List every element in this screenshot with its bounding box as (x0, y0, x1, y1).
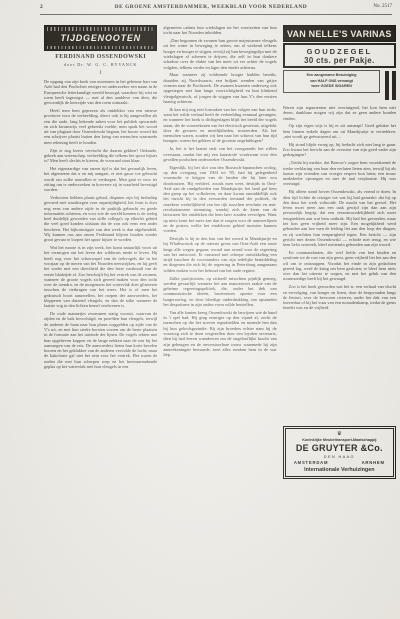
de-gruyter-ad: ♛ Koninklijke Meubeltransport-Maatschapp… (283, 426, 396, 479)
paragraph: Hij stond blijde vroeg op, hij bedacht z… (283, 142, 396, 158)
paragraph: Hij alleen stond boven Ossendowski, als … (283, 189, 396, 247)
column-1: TIJDGENOOTEN FERDINAND OSSENDOWSKI door … (44, 25, 157, 507)
paragraph: Destijds is hij in den ban van het woord… (163, 236, 276, 273)
paragraph: „Dan begonnen de zwanen hun groote majes… (163, 38, 276, 70)
paragraph: Eigenlijk, bij het slot van den Russisch… (163, 165, 276, 234)
city-amsterdam: AMSTERDAM (294, 460, 328, 465)
paragraph: Maar wanneer zij voldoende hoogte hadden… (163, 72, 276, 104)
article-byline: door Dr. W. G. C. BYVANCK (44, 62, 157, 67)
paragraph: Wat het mooie is in zijn werk, het komt … (44, 245, 157, 308)
series-banner: TIJDGENOOTEN (44, 25, 157, 51)
city-row: AMSTERDAM ARNHEM (287, 460, 392, 465)
paragraph: Het eigenaardige van onzen tijd is dat h… (44, 166, 157, 192)
paragraph: afgemeten cadans hun wiekslagen tot het … (163, 25, 276, 36)
company-type: Koninklijke Meubeltransport-Maatschappij (287, 438, 392, 442)
tobacco-packet-bars-icon (385, 70, 396, 100)
services-line: Internationale Verhuizingen (287, 467, 392, 473)
paragraph: Heeft men hem geprezen als ontdekker van… (44, 108, 157, 145)
column-3: VAN NELLE'S VARINAS GOUDZEGEL 30 cts. pe… (283, 25, 396, 507)
paragraph: Waren zijn argumenten niet overtuigend, … (283, 105, 396, 121)
column-2: afgemeten cadans hun wiekslagen tot het … (163, 25, 276, 507)
van-nelle-banner: VAN NELLE'S VARINAS (283, 25, 396, 42)
ad-smallprint: Een aangename Bezuinigingvan HALF ONS ve… (283, 70, 381, 93)
de-gruyter-inner: ♛ Koninklijke Meubeltransport-Maatschapp… (285, 428, 394, 477)
paragraph: Verhooren hebben plaats gehad, disputen … (44, 195, 157, 243)
paragraph: Ja, het is het laatste stuk van het voor… (163, 146, 276, 162)
van-nelle-product-box: GOUDZEGEL 30 cts. per Pakje. (283, 43, 396, 68)
issue-number: No. 2517 (352, 4, 392, 9)
column-3-body: Waren zijn argumenten niet overtuigend, … (283, 105, 396, 423)
series-banner-label: TIJDGENOOTEN (60, 33, 141, 43)
paragraph: Zulke partijtwisten, op zichzelf misschi… (163, 276, 276, 308)
section-numeral: I (44, 71, 157, 76)
running-head: 2 DE GROENE AMSTERDAMMER, WEEKBLAD VOOR … (40, 4, 392, 14)
paragraph: Van alle kanten kreeg Ossendowski de bew… (163, 310, 276, 358)
smallprint-line: twee GOEDE SIGAREN (286, 84, 377, 90)
city-arnhem: ARNHEM (362, 460, 385, 465)
paragraph: De opgang van zijn boek van avonturen in… (44, 79, 157, 105)
crown-icon: ♛ (287, 432, 392, 438)
paragraph: Op zijn eigen wijs is hij er uit ontsnap… (283, 123, 396, 139)
masthead-title: DE GROENE AMSTERDAMMER, WEEKBLAD VOOR NE… (70, 4, 352, 10)
paragraph: „Totdat hij merkte, dat Barrow's oogen h… (283, 160, 396, 186)
company-name: DE GRUYTER &Co. (287, 443, 392, 453)
paragraph: De oude mannetjes zwommen statig vooruit… (44, 311, 157, 369)
paragraph: Zijn er nog lezers vereischt die daarna … (44, 148, 157, 164)
column-1-body: De opgang van zijn boek van avonturen in… (44, 79, 157, 369)
article-title: FERDINAND OSSENDOWSKI (44, 54, 157, 60)
van-nelle-ad: VAN NELLE'S VARINAS GOUDZEGEL 30 cts. pe… (283, 25, 396, 100)
product-price: 30 cts. per Pakje. (285, 56, 394, 65)
van-nelle-lower: Een aangename Bezuinigingvan HALF ONS ve… (283, 70, 396, 100)
paragraph: Ik kan mij nog niet losmaken van het vol… (163, 107, 276, 144)
city-den-haag: DEN HAAG (287, 455, 392, 459)
paragraph: En commandanten, die veel liefde van hen… (283, 250, 396, 282)
page-number: 2 (40, 4, 70, 10)
paragraph: Zoo is het boek geworden wat het is: een… (283, 284, 396, 310)
header-rule (40, 14, 392, 15)
newspaper-page: 2 DE GROENE AMSTERDAMMER, WEEKBLAD VOOR … (0, 0, 400, 619)
article-columns: TIJDGENOOTEN FERDINAND OSSENDOWSKI door … (44, 25, 396, 507)
product-name: GOUDZEGEL (285, 47, 394, 56)
